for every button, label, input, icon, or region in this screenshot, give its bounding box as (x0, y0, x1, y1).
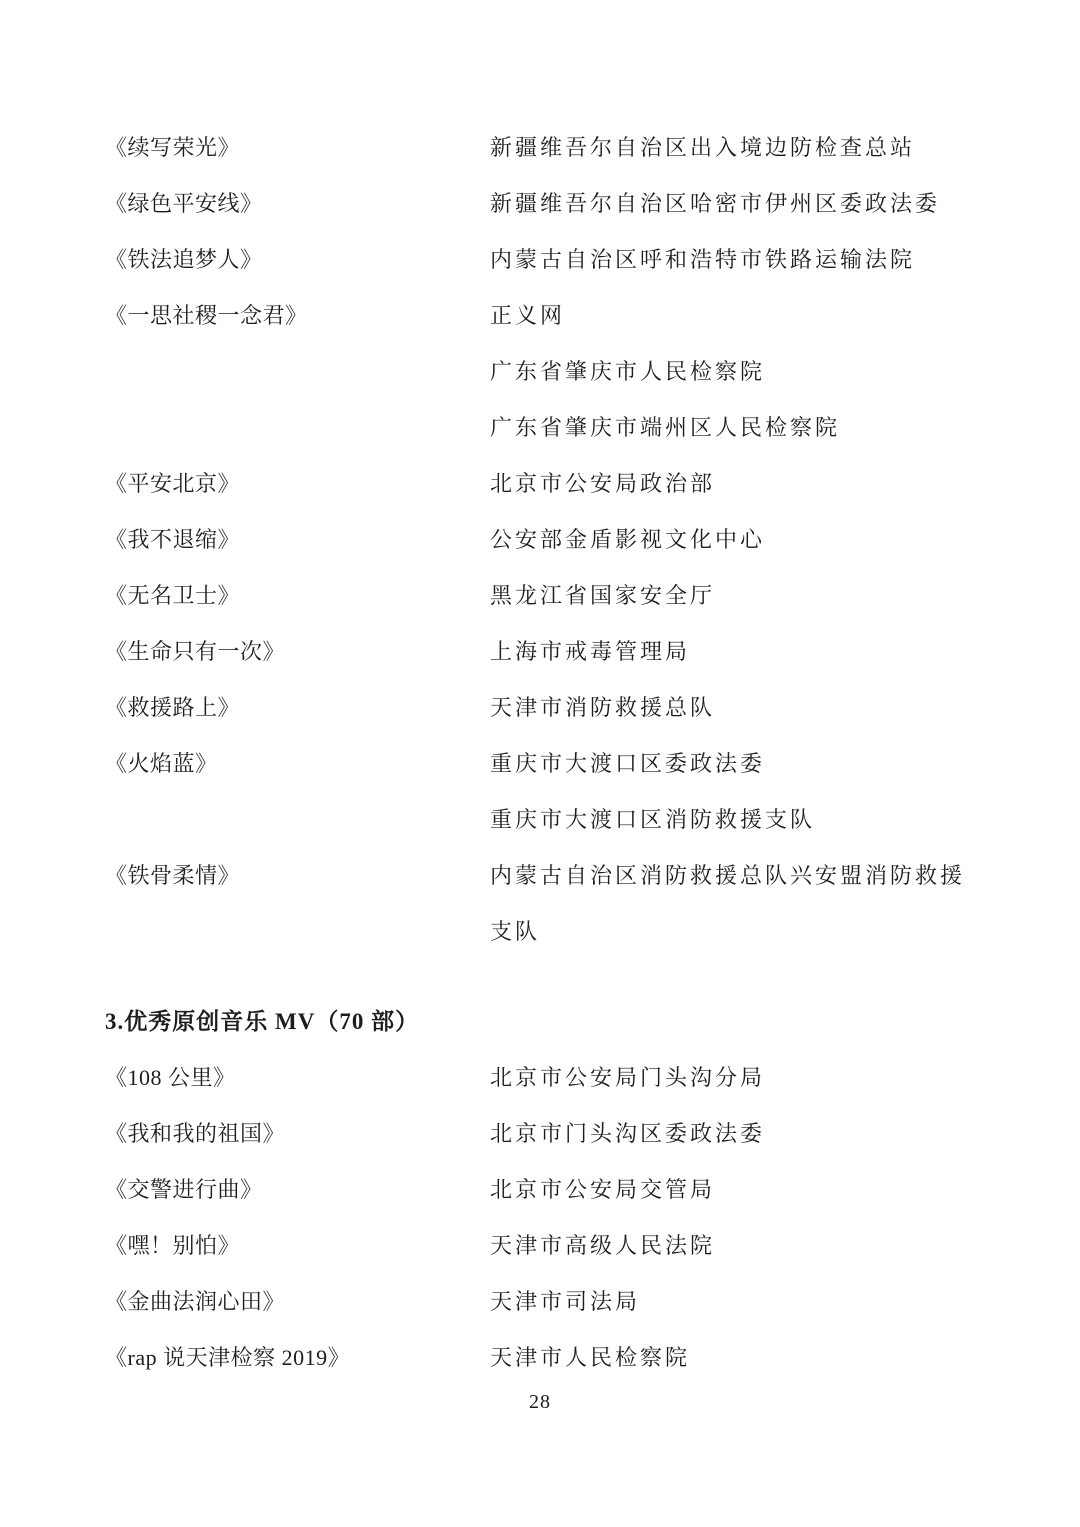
organization-list: 内蒙古自治区消防救援总队兴安盟消防救援支队 (490, 848, 970, 960)
organization-name: 新疆维吾尔自治区出入境边防检查总站 (490, 120, 970, 176)
award-entry: 《rap 说天津检察 2019》 天津市人民检察院 (105, 1330, 975, 1386)
organization-list: 正义网 广东省肇庆市人民检察院 广东省肇庆市端州区人民检察院 (490, 288, 970, 456)
organization-list: 北京市公安局门头沟分局 (490, 1050, 970, 1106)
work-title: 《无名卫士》 (105, 568, 490, 624)
work-title: 《rap 说天津检察 2019》 (105, 1330, 490, 1386)
award-entry: 《我和我的祖国》 北京市门头沟区委政法委 (105, 1106, 975, 1162)
award-entry: 《嘿！别怕》 天津市高级人民法院 (105, 1218, 975, 1274)
organization-list: 重庆市大渡口区委政法委 重庆市大渡口区消防救援支队 (490, 736, 970, 848)
awards-list-continued: 《续写荣光》 新疆维吾尔自治区出入境边防检查总站 《绿色平安线》 新疆维吾尔自治… (105, 120, 975, 960)
organization-name: 公安部金盾影视文化中心 (490, 512, 970, 568)
award-entry: 《交警进行曲》 北京市公安局交管局 (105, 1162, 975, 1218)
organization-list: 天津市高级人民法院 (490, 1218, 970, 1274)
work-title: 《嘿！别怕》 (105, 1218, 490, 1274)
award-entry: 《108 公里》 北京市公安局门头沟分局 (105, 1050, 975, 1106)
organization-name: 天津市消防救援总队 (490, 680, 970, 736)
award-entry: 《铁法追梦人》 内蒙古自治区呼和浩特市铁路运输法院 (105, 232, 975, 288)
organization-name: 黑龙江省国家安全厅 (490, 568, 970, 624)
organization-name: 北京市公安局政治部 (490, 456, 970, 512)
work-title: 《我不退缩》 (105, 512, 490, 568)
work-title: 《我和我的祖国》 (105, 1106, 490, 1162)
work-title: 《救援路上》 (105, 680, 490, 736)
awards-list-mv: 《108 公里》 北京市公安局门头沟分局 《我和我的祖国》 北京市门头沟区委政法… (105, 1050, 975, 1386)
organization-name: 重庆市大渡口区消防救援支队 (490, 792, 970, 848)
work-title: 《平安北京》 (105, 456, 490, 512)
work-title: 《火焰蓝》 (105, 736, 490, 792)
work-title: 《铁骨柔情》 (105, 848, 490, 904)
organization-name: 上海市戒毒管理局 (490, 624, 970, 680)
award-entry: 《金曲法润心田》 天津市司法局 (105, 1274, 975, 1330)
award-entry: 《火焰蓝》 重庆市大渡口区委政法委 重庆市大渡口区消防救援支队 (105, 736, 975, 848)
document-page: 《续写荣光》 新疆维吾尔自治区出入境边防检查总站 《绿色平安线》 新疆维吾尔自治… (0, 0, 1080, 1527)
organization-name: 天津市人民检察院 (490, 1330, 970, 1386)
organization-list: 公安部金盾影视文化中心 (490, 512, 970, 568)
organization-list: 天津市消防救援总队 (490, 680, 970, 736)
organization-name: 重庆市大渡口区委政法委 (490, 736, 970, 792)
organization-list: 内蒙古自治区呼和浩特市铁路运输法院 (490, 232, 970, 288)
organization-name: 北京市门头沟区委政法委 (490, 1106, 970, 1162)
organization-list: 北京市门头沟区委政法委 (490, 1106, 970, 1162)
award-entry: 《平安北京》 北京市公安局政治部 (105, 456, 975, 512)
organization-list: 黑龙江省国家安全厅 (490, 568, 970, 624)
work-title: 《绿色平安线》 (105, 176, 490, 232)
organization-name: 广东省肇庆市人民检察院 (490, 344, 970, 400)
section-3-heading: 3.优秀原创音乐 MV（70 部） (105, 994, 975, 1050)
award-entry: 《无名卫士》 黑龙江省国家安全厅 (105, 568, 975, 624)
work-title: 《交警进行曲》 (105, 1162, 490, 1218)
organization-list: 天津市人民检察院 (490, 1330, 970, 1386)
organization-name: 内蒙古自治区呼和浩特市铁路运输法院 (490, 232, 970, 288)
page-number: 28 (105, 1390, 975, 1414)
work-title: 《续写荣光》 (105, 120, 490, 176)
work-title: 《一思社稷一念君》 (105, 288, 490, 344)
organization-list: 北京市公安局交管局 (490, 1162, 970, 1218)
organization-list: 北京市公安局政治部 (490, 456, 970, 512)
organization-list: 新疆维吾尔自治区出入境边防检查总站 (490, 120, 970, 176)
award-entry: 《续写荣光》 新疆维吾尔自治区出入境边防检查总站 (105, 120, 975, 176)
award-entry: 《绿色平安线》 新疆维吾尔自治区哈密市伊州区委政法委 (105, 176, 975, 232)
organization-name: 正义网 (490, 288, 970, 344)
organization-list: 天津市司法局 (490, 1274, 970, 1330)
work-title: 《生命只有一次》 (105, 624, 490, 680)
organization-list: 上海市戒毒管理局 (490, 624, 970, 680)
organization-name: 天津市司法局 (490, 1274, 970, 1330)
organization-name: 新疆维吾尔自治区哈密市伊州区委政法委 (490, 176, 970, 232)
work-title: 《金曲法润心田》 (105, 1274, 490, 1330)
organization-name: 天津市高级人民法院 (490, 1218, 970, 1274)
organization-name: 内蒙古自治区消防救援总队兴安盟消防救援支队 (490, 848, 970, 960)
work-title: 《铁法追梦人》 (105, 232, 490, 288)
award-entry: 《我不退缩》 公安部金盾影视文化中心 (105, 512, 975, 568)
award-entry: 《铁骨柔情》 内蒙古自治区消防救援总队兴安盟消防救援支队 (105, 848, 975, 960)
organization-name: 北京市公安局门头沟分局 (490, 1050, 970, 1106)
organization-list: 新疆维吾尔自治区哈密市伊州区委政法委 (490, 176, 970, 232)
work-title: 《108 公里》 (105, 1050, 490, 1106)
award-entry: 《一思社稷一念君》 正义网 广东省肇庆市人民检察院 广东省肇庆市端州区人民检察院 (105, 288, 975, 456)
award-entry: 《生命只有一次》 上海市戒毒管理局 (105, 624, 975, 680)
award-entry: 《救援路上》 天津市消防救援总队 (105, 680, 975, 736)
page-content: 《续写荣光》 新疆维吾尔自治区出入境边防检查总站 《绿色平安线》 新疆维吾尔自治… (105, 120, 975, 1414)
organization-name: 北京市公安局交管局 (490, 1162, 970, 1218)
organization-name: 广东省肇庆市端州区人民检察院 (490, 400, 970, 456)
